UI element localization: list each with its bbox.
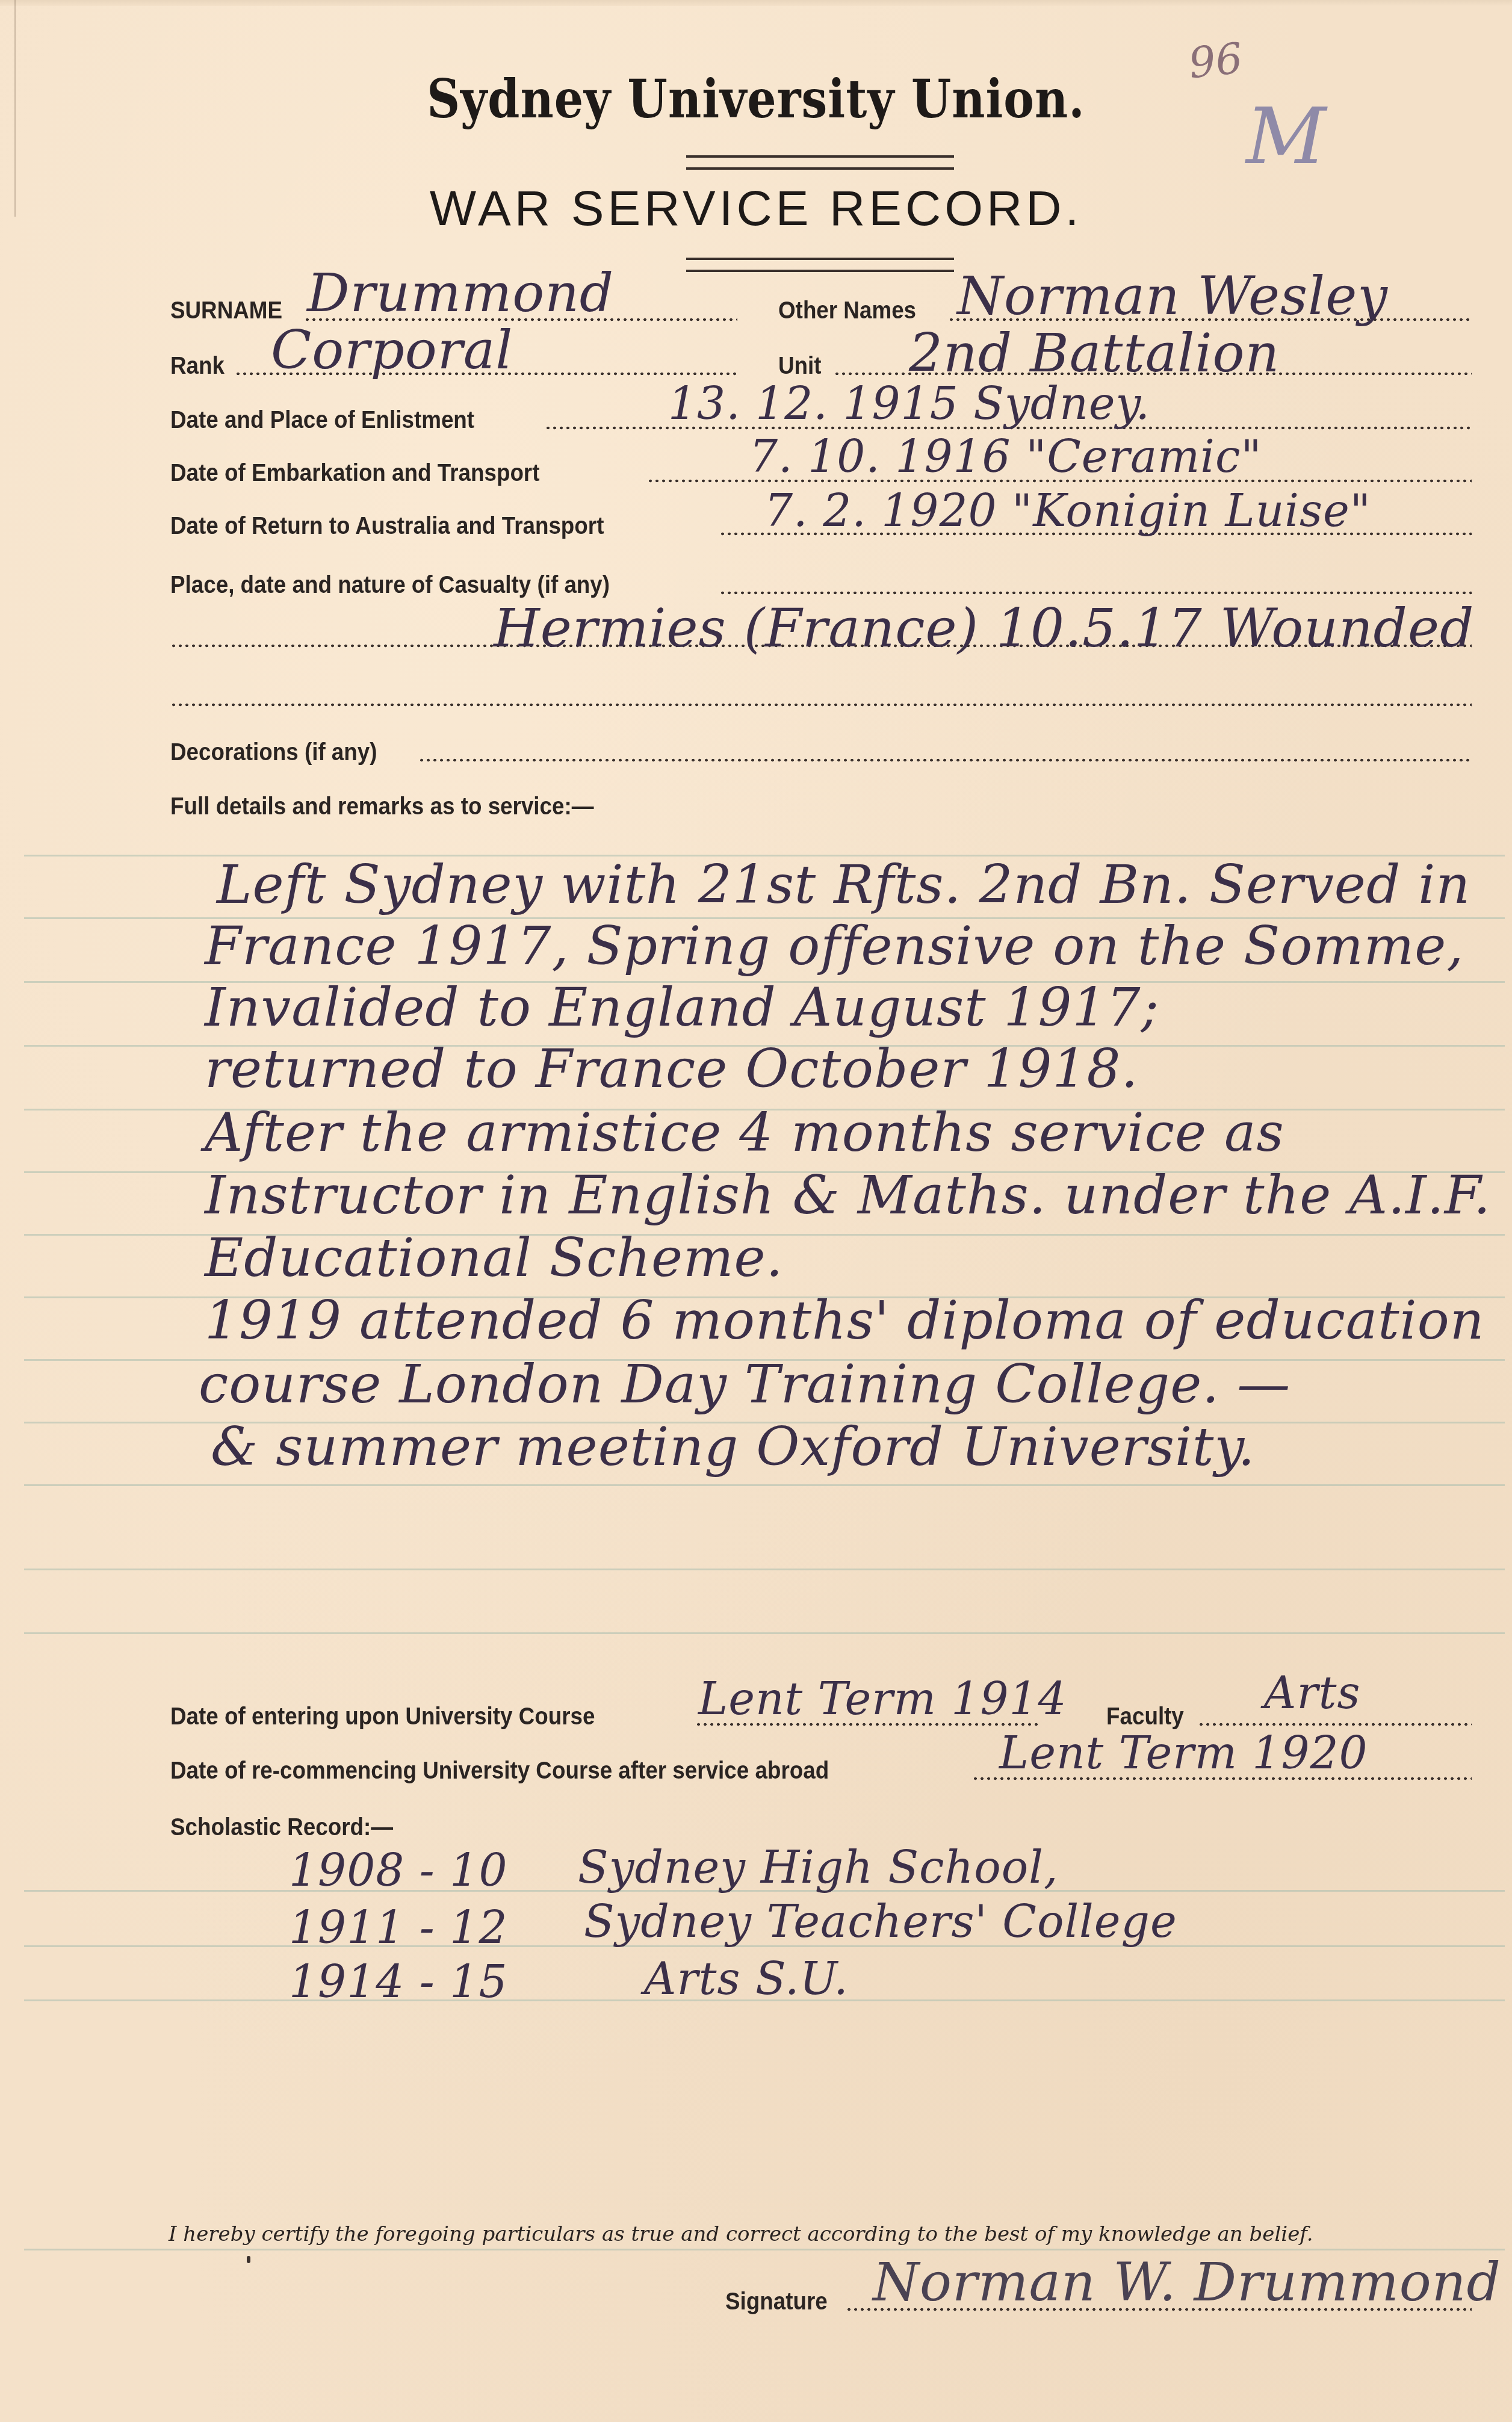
title-double-rule-bottom: [686, 258, 954, 272]
surname-value[interactable]: Drummond: [307, 262, 614, 324]
other-names-label: Other Names: [778, 297, 916, 324]
faculty-value[interactable]: Arts: [1264, 1667, 1361, 1719]
ruled-line: [24, 1569, 1505, 1570]
recommencing-label: Date of re-commencing University Course …: [170, 1758, 829, 1785]
signature-value[interactable]: Norman W. Drummond: [873, 2251, 1501, 2313]
remarks-label: Full details and remarks as to service:—: [170, 793, 594, 820]
embarkation-value[interactable]: 7. 10. 1916 "Ceramic": [749, 431, 1262, 483]
decorations-label: Decorations (if any): [170, 739, 377, 766]
ruled-line: [24, 1484, 1505, 1486]
remarks-line-1: Left Sydney with 21st Rfts. 2nd Bn. Serv…: [217, 853, 1470, 915]
ink-speck: [247, 2256, 250, 2263]
ruled-line: [24, 2249, 1505, 2250]
remarks-line-4: returned to France October 1918.: [205, 1038, 1138, 1100]
enlistment-label: Date and Place of Enlistment: [170, 407, 474, 434]
scholastic-institution-3: Arts S.U.: [644, 1953, 849, 2005]
remarks-line-9: course London Day Training College. —: [199, 1353, 1290, 1415]
decorations-dotted-line: [418, 758, 1472, 762]
scholastic-label: Scholastic Record:—: [170, 1814, 393, 1841]
enlistment-value[interactable]: 13. 12. 1915 Sydney.: [668, 378, 1150, 430]
archive-number: 96: [1186, 34, 1245, 88]
remarks-line-10: & summer meeting Oxford University.: [211, 1416, 1255, 1478]
faculty-dotted-line: [1198, 1723, 1472, 1726]
other-names-value[interactable]: Norman Wesley: [957, 265, 1388, 327]
embarkation-label: Date of Embarkation and Transport: [170, 460, 539, 487]
ruled-line: [24, 1632, 1505, 1634]
casualty-dotted-line-1: [719, 591, 1472, 595]
scholastic-institution-2: Sydney Teachers' College: [584, 1896, 1177, 1948]
remarks-line-5: After the armistice 4 months service as: [205, 1101, 1284, 1163]
faculty-label: Faculty: [1106, 1703, 1184, 1730]
casualty-dotted-line-3: [170, 703, 1472, 707]
form-title: WAR SERVICE RECORD.: [0, 181, 1512, 237]
scholastic-years-2: 1911 - 12: [289, 1902, 508, 1954]
paper-top-edge: [0, 0, 1512, 6]
university-entry-value[interactable]: Lent Term 1914: [698, 1673, 1067, 1725]
casualty-value[interactable]: Hermies (France) 10.5.17 Wounded: [494, 597, 1474, 659]
rank-label: Rank: [170, 353, 225, 380]
unit-label: Unit: [778, 353, 822, 380]
archive-initials: M: [1246, 90, 1326, 182]
signature-label: Signature: [725, 2288, 828, 2315]
university-entry-label: Date of entering upon University Course: [170, 1703, 595, 1730]
surname-label: SURNAME: [170, 297, 282, 324]
title-double-rule-top: [686, 155, 954, 170]
remarks-line-2: France 1917, Spring offensive on the Som…: [205, 915, 1464, 977]
casualty-label: Place, date and nature of Casualty (if a…: [170, 572, 610, 599]
remarks-line-6: Instructor in English & Maths. under the…: [205, 1164, 1491, 1226]
remarks-line-8: 1919 attended 6 months' diploma of educa…: [205, 1289, 1484, 1351]
recommencing-value[interactable]: Lent Term 1920: [999, 1727, 1368, 1779]
rank-value[interactable]: Corporal: [271, 319, 513, 381]
remarks-line-3: Invalided to England August 1917;: [205, 976, 1159, 1038]
unit-value[interactable]: 2nd Battalion: [909, 322, 1280, 384]
remarks-line-7: Educational Scheme.: [205, 1227, 784, 1289]
scholastic-institution-1: Sydney High School,: [578, 1842, 1059, 1894]
return-value[interactable]: 7. 2. 1920 "Konigin Luise": [764, 485, 1371, 537]
scholastic-years-3: 1914 - 15: [289, 1956, 508, 2008]
scholastic-years-1: 1908 - 10: [289, 1845, 508, 1897]
return-label: Date of Return to Australia and Transpor…: [170, 513, 604, 540]
certification-statement: I hereby certify the foregoing particula…: [169, 2222, 1313, 2246]
